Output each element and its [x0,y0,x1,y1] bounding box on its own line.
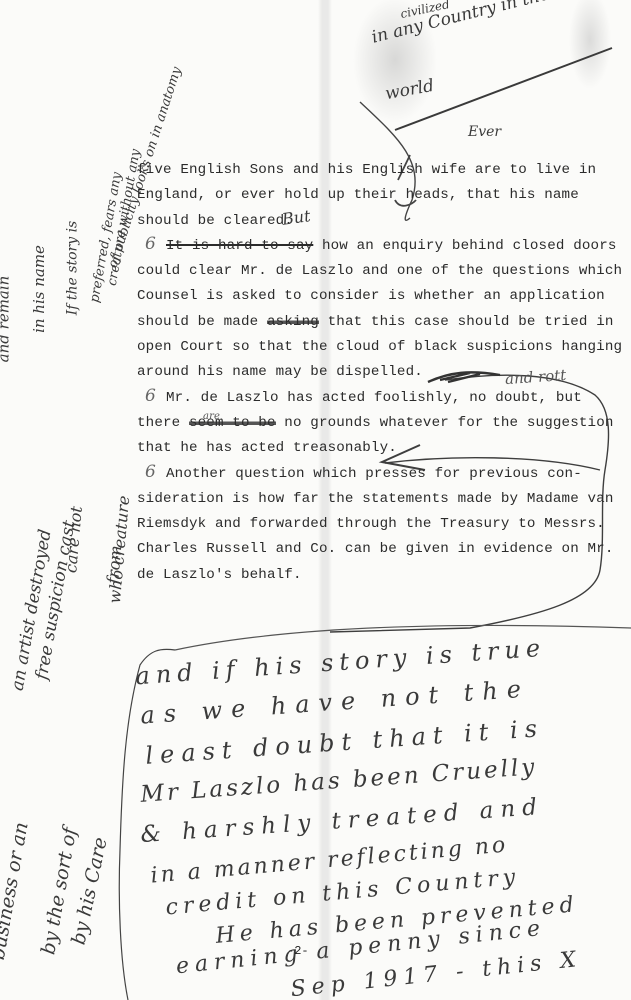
typed-line: there areseem to be no grounds whatever … [137,411,607,436]
insertion-above: are [203,404,220,429]
typed-line: Counsel is asked to consider is whether … [137,284,607,309]
document-page: five English Sons and his English wife a… [0,0,631,1000]
struck-text: seem to be [189,415,276,431]
typed-line: five English Sons and his English wife a… [137,158,607,183]
typed-line: Charles Russell and Co. can be given in … [137,537,607,562]
typed-line: open Court so that the cloud of black su… [137,335,607,360]
line-part: Another question which presses for previ… [166,466,582,482]
paragraph-mark: 6 [145,460,156,485]
typed-line: 6Another question which presses for prev… [137,462,607,487]
typed-line: sideration is how far the statements mad… [137,487,607,512]
typed-line: England, or ever hold up their heads, th… [137,183,607,208]
margin-line: from [103,545,125,585]
handwritten-ever: Ever [468,124,501,140]
typed-line: 6It is hard to say how an enquiry behind… [137,234,607,259]
margin-line: If the story is [64,221,80,316]
struck-text: It is hard to say [166,238,313,254]
margin-line: in his name [30,245,48,333]
typed-line: that he has acted treasonably. [137,436,607,461]
page-number: -2- [287,944,309,958]
typed-line: de Laszlo's behalf. [137,563,607,588]
typed-line: should be made asking that this case sho… [137,310,607,335]
typed-line: could clear Mr. de Laszlo and one of the… [137,259,607,284]
margin-line: and remain [0,276,12,363]
typed-line: should be cleared. [137,209,607,234]
typed-line: Riemsdyk and forwarded through the Treas… [137,512,607,537]
line-part: that this case should be tried in [319,314,614,330]
line-part: should be made [137,314,267,330]
paragraph-mark: 6 [145,384,156,409]
struck-text: asking [267,314,319,330]
paragraph-mark: 6 [145,232,156,257]
line-part: Mr. de Laszlo has acted foolishly, no do… [166,390,582,406]
line-part: no grounds whatever for the suggestion [276,415,614,431]
handwritten-but: But [281,206,312,229]
line-part: there [137,415,189,431]
line-rest: how an enquiry behind closed doors [313,238,616,254]
